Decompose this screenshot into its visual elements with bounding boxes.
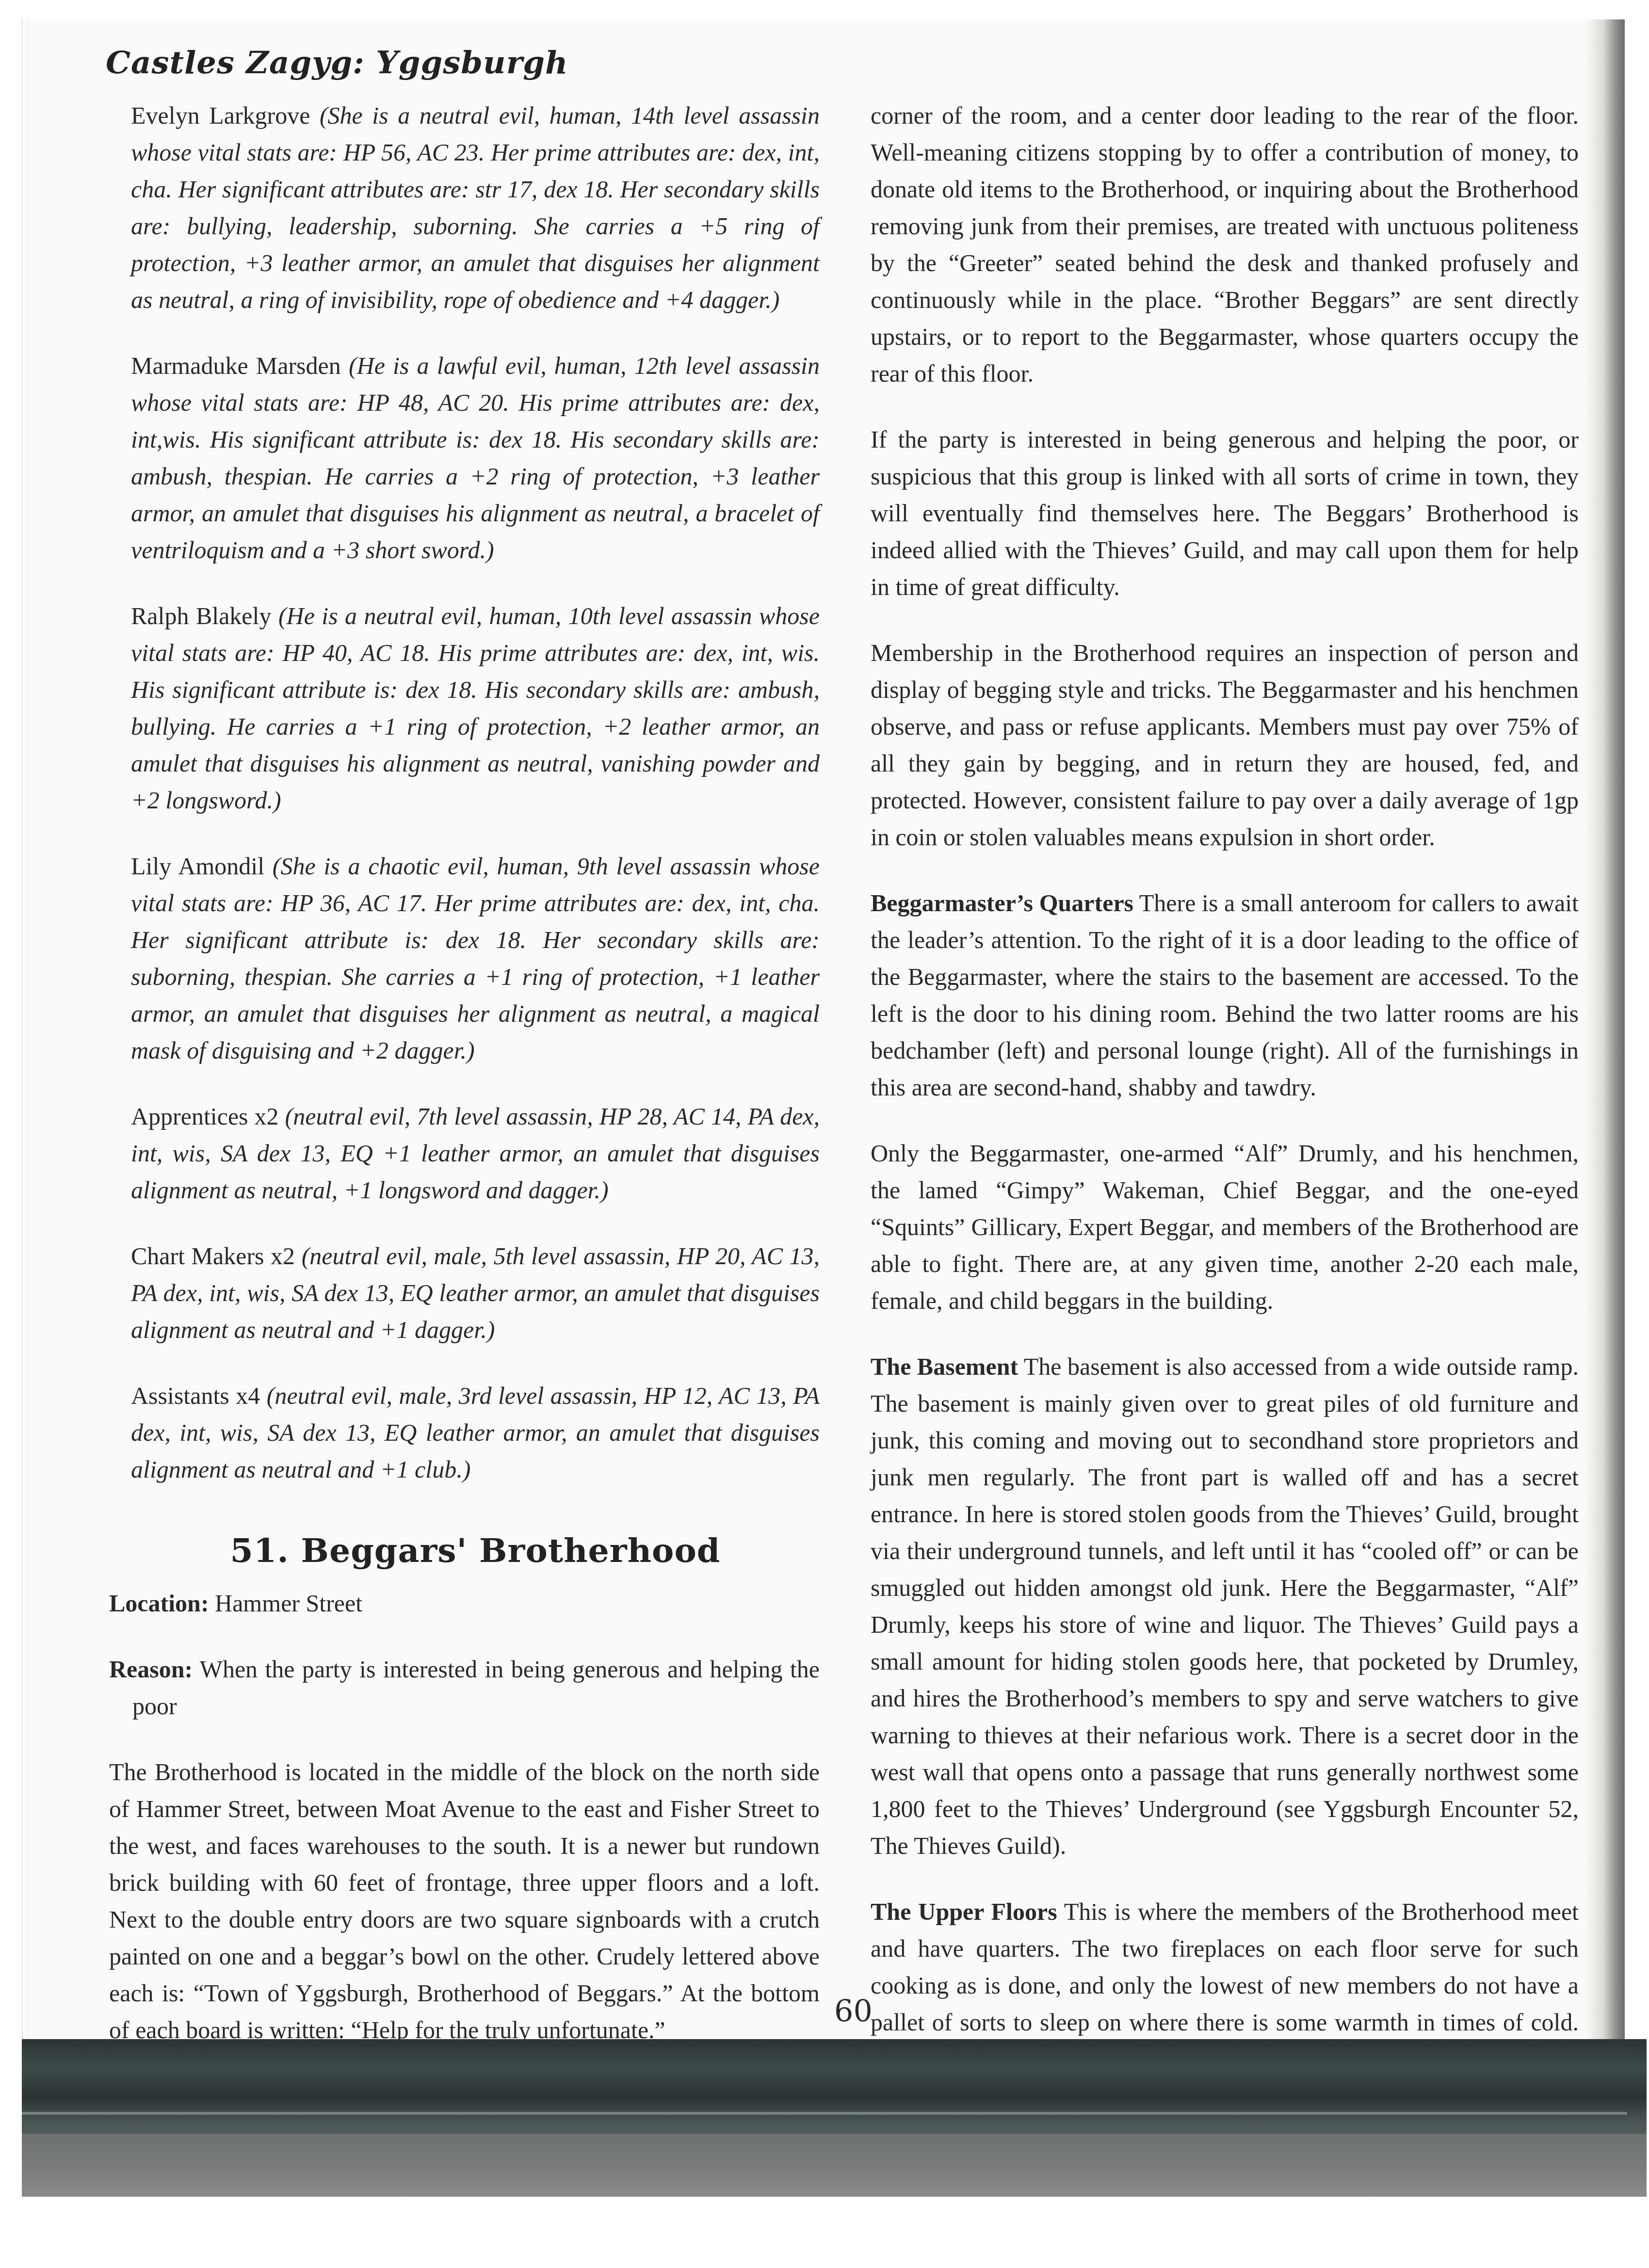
reason-label: Reason: (109, 1656, 193, 1683)
npc-name: Evelyn Larkgrove (131, 102, 310, 129)
page-number: 60 (834, 1993, 873, 2028)
gutter-shadow (1586, 19, 1625, 2046)
location-value: Hammer Street (215, 1590, 362, 1617)
book-spine-band (22, 2039, 1647, 2136)
npc-name: Lily Amondil (131, 853, 264, 880)
reason-line: Reason: When the party is interested in … (109, 1651, 820, 1724)
body-paragraph: Membership in the Brotherhood requires a… (871, 634, 1579, 855)
npc-name: Ralph Blakely (131, 602, 271, 629)
subsection-paragraph: The Basement The basement is also access… (871, 1348, 1579, 1864)
npc-name: Apprentices x2 (131, 1103, 279, 1130)
body-paragraph: The Brotherhood is located in the middle… (109, 1753, 820, 2048)
npc-entry: Chart Makers x2 (neutral evil, male, 5th… (131, 1238, 820, 1348)
left-column: Evelyn Larkgrove (She is a neutral evil,… (131, 97, 820, 2217)
section-heading: 51. Beggars' Brotherhood (131, 1531, 820, 1570)
subsection-paragraph: Beggarmaster’s Quarters There is a small… (871, 885, 1579, 1106)
running-head-title: Castles Zagyg: Yggsburgh (106, 45, 568, 81)
paragraph-text: corner of the room, and a center door le… (871, 102, 1579, 387)
body-paragraph: Only the Beggarmaster, one-armed “Alf” D… (871, 1135, 1579, 1319)
paragraph-text: Membership in the Brotherhood requires a… (871, 639, 1579, 851)
npc-entry: Marmaduke Marsden (He is a lawful evil, … (131, 347, 820, 568)
paragraph-text: Only the Beggarmaster, one-armed “Alf” D… (871, 1140, 1579, 1314)
npc-description: (He is a neutral evil, human, 10th level… (131, 602, 820, 814)
subsection-label: Beggarmaster’s Quarters (871, 889, 1133, 917)
npc-entry: Assistants x4 (neutral evil, male, 3rd l… (131, 1377, 820, 1488)
npc-description: (She is a neutral evil, human, 14th leve… (131, 102, 820, 313)
npc-name: Marmaduke Marsden (131, 352, 341, 379)
page-stack-edge (22, 19, 28, 2042)
npc-name: Assistants x4 (131, 1382, 260, 1409)
npc-description: (He is a lawful evil, human, 12th level … (131, 352, 820, 563)
subsection-label: The Upper Floors (871, 1898, 1057, 1925)
reason-value: When the party is interested in being ge… (132, 1656, 820, 1720)
body-paragraph: If the party is interested in being gene… (871, 421, 1579, 605)
location-label: Location: (109, 1590, 209, 1617)
right-column: corner of the room, and a center door le… (871, 97, 1579, 2107)
paragraph-text: If the party is interested in being gene… (871, 426, 1579, 600)
npc-name: Chart Makers x2 (131, 1242, 295, 1270)
paragraph-text: The basement is also accessed from a wid… (871, 1353, 1579, 1859)
paragraph-text: There is a small anteroom for callers to… (871, 889, 1579, 1101)
scanner-background (22, 2134, 1647, 2197)
npc-entry: Apprentices x2 (neutral evil, 7th level … (131, 1098, 820, 1208)
body-paragraph: corner of the room, and a center door le… (871, 97, 1579, 392)
subsection-label: The Basement (871, 1353, 1018, 1380)
npc-entry: Ralph Blakely (He is a neutral evil, hum… (131, 597, 820, 819)
npc-entry: Lily Amondil (She is a chaotic evil, hum… (131, 848, 820, 1069)
encounter-meta: Location: Hammer Street Reason: When the… (109, 1585, 820, 1724)
npc-description: (She is a chaotic evil, human, 9th level… (131, 853, 820, 1064)
location-line: Location: Hammer Street (109, 1585, 820, 1622)
npc-entry: Evelyn Larkgrove (She is a neutral evil,… (131, 97, 820, 318)
